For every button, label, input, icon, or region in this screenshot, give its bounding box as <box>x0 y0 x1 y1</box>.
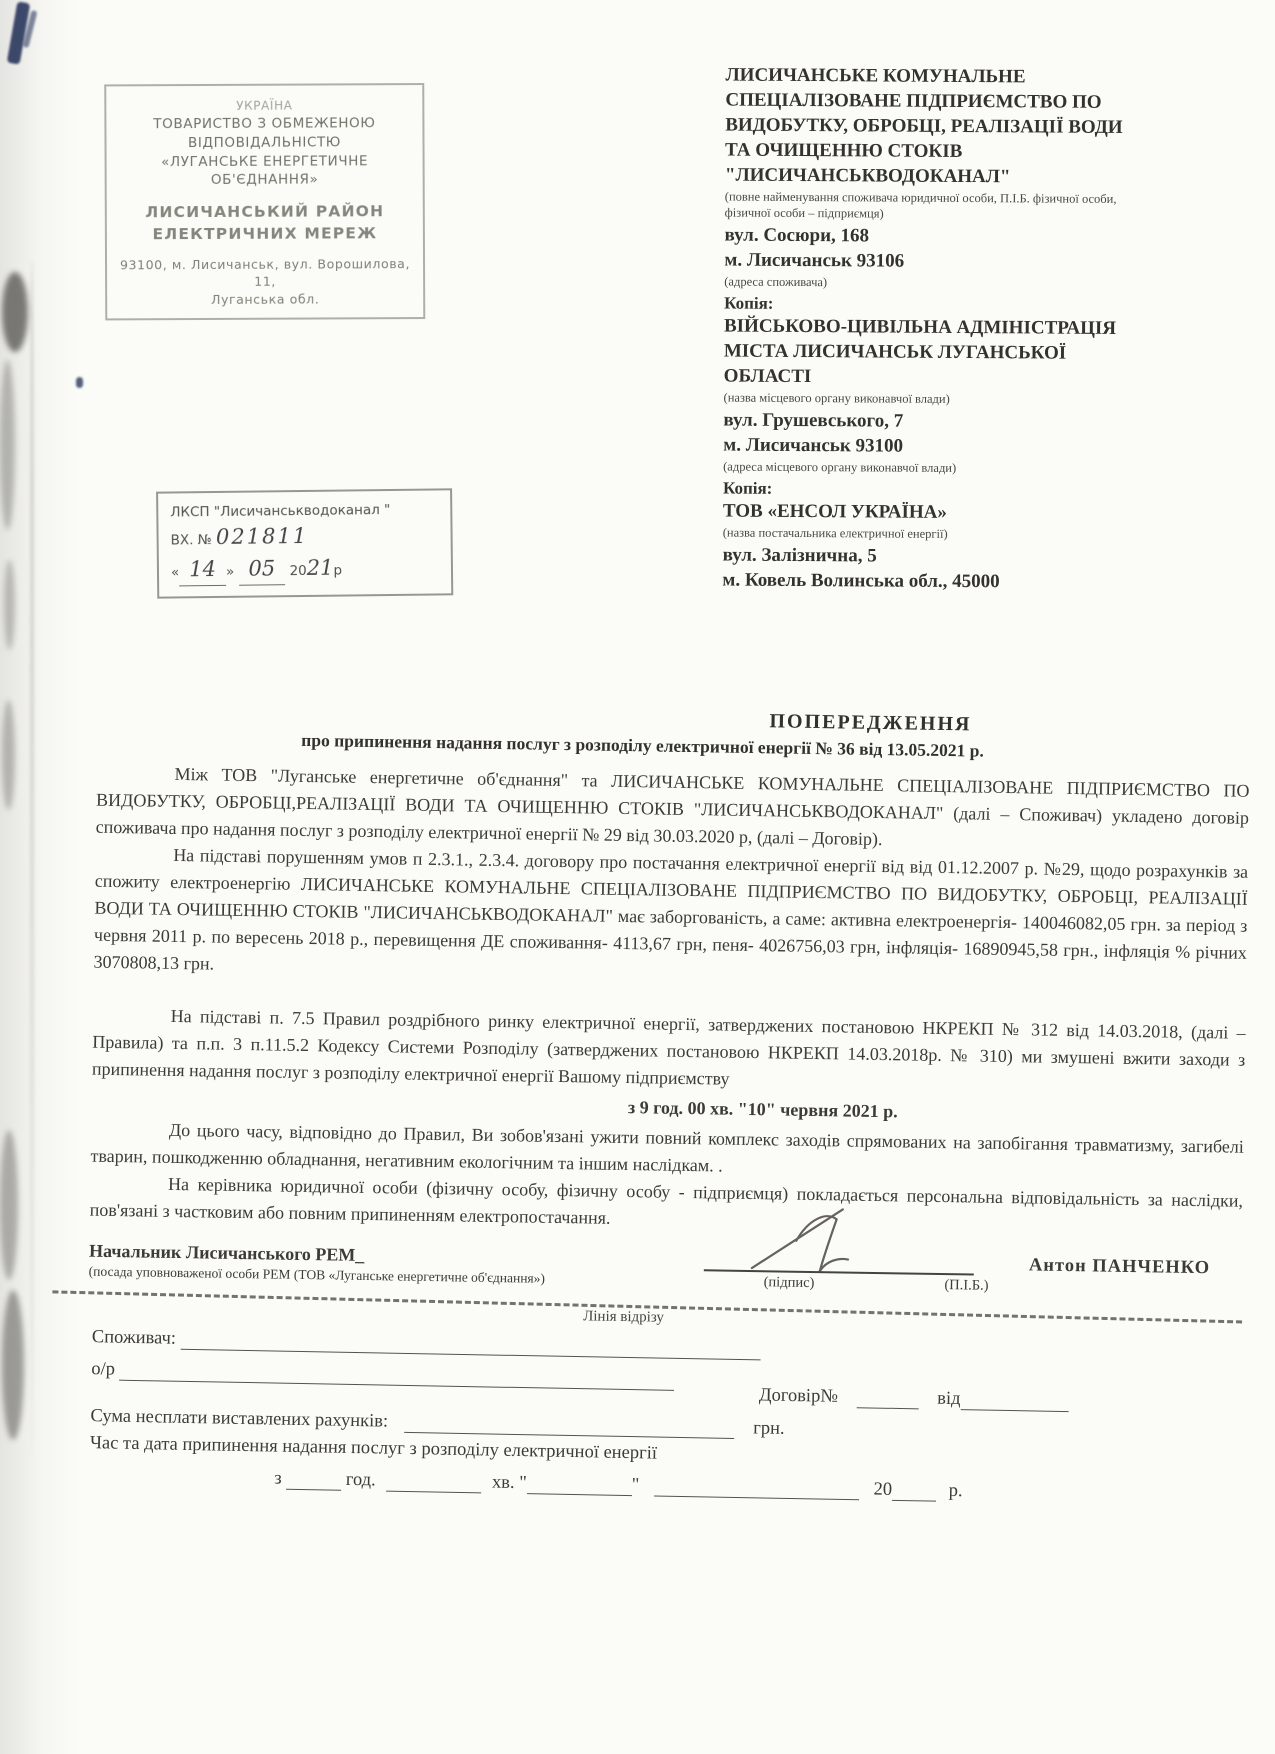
consumer-name: ЛИСИЧАНСЬКЕ КОМУНАЛЬНЕ СПЕЦІАЛІЗОВАНЕ ПІ… <box>725 63 1150 191</box>
stamp-org-line: ТОВАРИСТВО З ОБМЕЖЕНОЮ <box>114 114 414 134</box>
sender-org-stamp: УКРАЇНА ТОВАРИСТВО З ОБМЕЖЕНОЮ ВІДПОВІДА… <box>104 83 425 321</box>
stamp-org-line: ВІДПОВІДАЛЬНІСТЮ <box>114 133 414 153</box>
year-blank <box>892 1480 936 1501</box>
reg-month-handwritten: 05 <box>238 553 285 586</box>
year-suffix: р. <box>948 1481 962 1501</box>
amount-field-blank <box>405 1413 735 1439</box>
hour-blank <box>286 1469 341 1490</box>
reg-number-label: ВХ. № <box>171 532 212 548</box>
account-field-blank <box>119 1360 674 1391</box>
stamp-branch-line: ЛИСИЧАНСЬКИЙ РАЙОН <box>115 201 415 224</box>
copy1-name: ВІЙСЬКОВО-ЦИВІЛЬНА АДМІНІСТРАЦІЯ МІСТА Л… <box>724 313 1148 391</box>
reg-stamp-number-row: ВХ. № 021811 <box>170 520 438 555</box>
amount-field-label: Сума несплати виставлених рахунків: <box>90 1406 388 1431</box>
tear-off-form: Споживач: о/р Договір№ від Сума несплати… <box>89 1327 1241 1507</box>
stamp-address-line: Луганська обл. <box>115 290 415 309</box>
close-quote: " <box>632 1475 640 1495</box>
reg-stamp-date-row: «14» 05 2021р <box>171 551 439 587</box>
addressee-block: ЛИСИЧАНСЬКЕ КОМУНАЛЬНЕ СПЕЦІАЛІЗОВАНЕ ПІ… <box>722 63 1149 596</box>
year-prefix: 20 <box>873 1480 892 1500</box>
contract-from-label: від <box>937 1389 961 1409</box>
consumer-name-note: (повне найменування споживача юридичної … <box>725 190 1149 223</box>
signature-block: Начальник Лисичанського РЕМ_ Антон ПАНЧЕ… <box>89 1234 1243 1299</box>
consumer-field-label: Споживач: <box>92 1327 176 1349</box>
copy-label: Копія: <box>723 478 1147 501</box>
incoming-registration-stamp: ЛКСП "Лисичанськводоканал " ВХ. № 021811… <box>156 488 453 599</box>
body-text: Між ТОВ "Луганське енергетичне об'єднанн… <box>89 760 1249 1242</box>
minutes-label: хв. <box>492 1473 515 1493</box>
form-row-time-blanks: з год. хв. "" 20 р. <box>274 1469 1238 1508</box>
month-blank <box>654 1476 859 1500</box>
quote-mark: » <box>226 564 234 580</box>
contract-group: Договір№ від <box>759 1385 1069 1412</box>
reg-year-handwritten: 21 <box>307 555 334 579</box>
stamp-address-line: 93100, м. Лисичанськ, вул. Ворошилова, 1… <box>115 255 415 291</box>
document-body: ПОПЕРЕДЖЕННЯ про припинення надання посл… <box>0 698 1271 1506</box>
copy1-street: вул. Грушевського, 7 <box>723 409 1147 436</box>
signer-name-note: (П.І.Б.) <box>944 1277 988 1295</box>
signature-scribble-icon <box>744 1202 895 1276</box>
time-field-label: Час та дата припинення надання послуг з … <box>90 1433 657 1463</box>
signature-line <box>704 1243 974 1275</box>
minute-blank <box>386 1471 481 1493</box>
copy1-city: м. Лисичанськ 93100 <box>723 433 1147 460</box>
reg-year-letter: р <box>333 562 342 578</box>
copy1-address-note: (адреса місцевого органу виконавчої влад… <box>723 460 1147 478</box>
copy1-name-note: (назва місцевого органу виконавчої влади… <box>724 390 1148 408</box>
currency-label: грн. <box>753 1418 785 1439</box>
consumer-city: м. Лисичанськ 93106 <box>724 248 1148 275</box>
reg-number-handwritten: 021811 <box>216 524 308 549</box>
day-blank <box>527 1474 632 1496</box>
signature-caption: (підпис) <box>764 1274 815 1292</box>
stamp-branch-line: ЕЛЕКТРИЧНИХ МЕРЕЖ <box>115 223 415 246</box>
contract-field-label: Договір№ <box>759 1385 838 1406</box>
contract-date-blank <box>960 1390 1068 1412</box>
stamp-org-line: ОБ'ЄДНАННЯ» <box>115 171 415 191</box>
copy-label: Копія: <box>724 293 1148 316</box>
quote-mark: « <box>171 564 179 580</box>
document-page: УКРАЇНА ТОВАРИСТВО З ОБМЕЖЕНОЮ ВІДПОВІДА… <box>0 0 1275 1754</box>
signer-name: Антон ПАНЧЕНКО <box>1029 1255 1210 1279</box>
contract-number-blank <box>856 1388 918 1410</box>
paragraph: На підставі порушенням умов п 2.3.1., 2.… <box>93 841 1248 994</box>
stamp-country: УКРАЇНА <box>114 97 414 115</box>
copy2-name: ТОВ «ЕНСОЛ УКРАЇНА» <box>723 498 1147 526</box>
consumer-street: вул. Сосюри, 168 <box>724 223 1148 250</box>
stamp-org-line: «ЛУГАНСЬКЕ ЕНЕРГЕТИЧНЕ <box>115 152 415 172</box>
from-hour-label: з <box>274 1469 282 1489</box>
consumer-address-note: (адреса споживача) <box>724 275 1148 293</box>
paragraph: На підставі п. 7.5 Правил роздрібного ри… <box>92 1002 1246 1101</box>
copy2-name-note: (назва постачальника електричної енергії… <box>723 525 1147 543</box>
hours-label: год. <box>346 1470 376 1491</box>
copy2-street: вул. Залізнична, 5 <box>723 543 1147 570</box>
copy2-city: м. Ковель Волинська обл., 45000 <box>722 568 1146 595</box>
consumer-field-blank <box>180 1329 760 1360</box>
reg-day-handwritten: 14 <box>179 554 226 587</box>
reg-year-printed: 20 <box>289 563 306 579</box>
account-field-label: о/р <box>91 1359 115 1379</box>
